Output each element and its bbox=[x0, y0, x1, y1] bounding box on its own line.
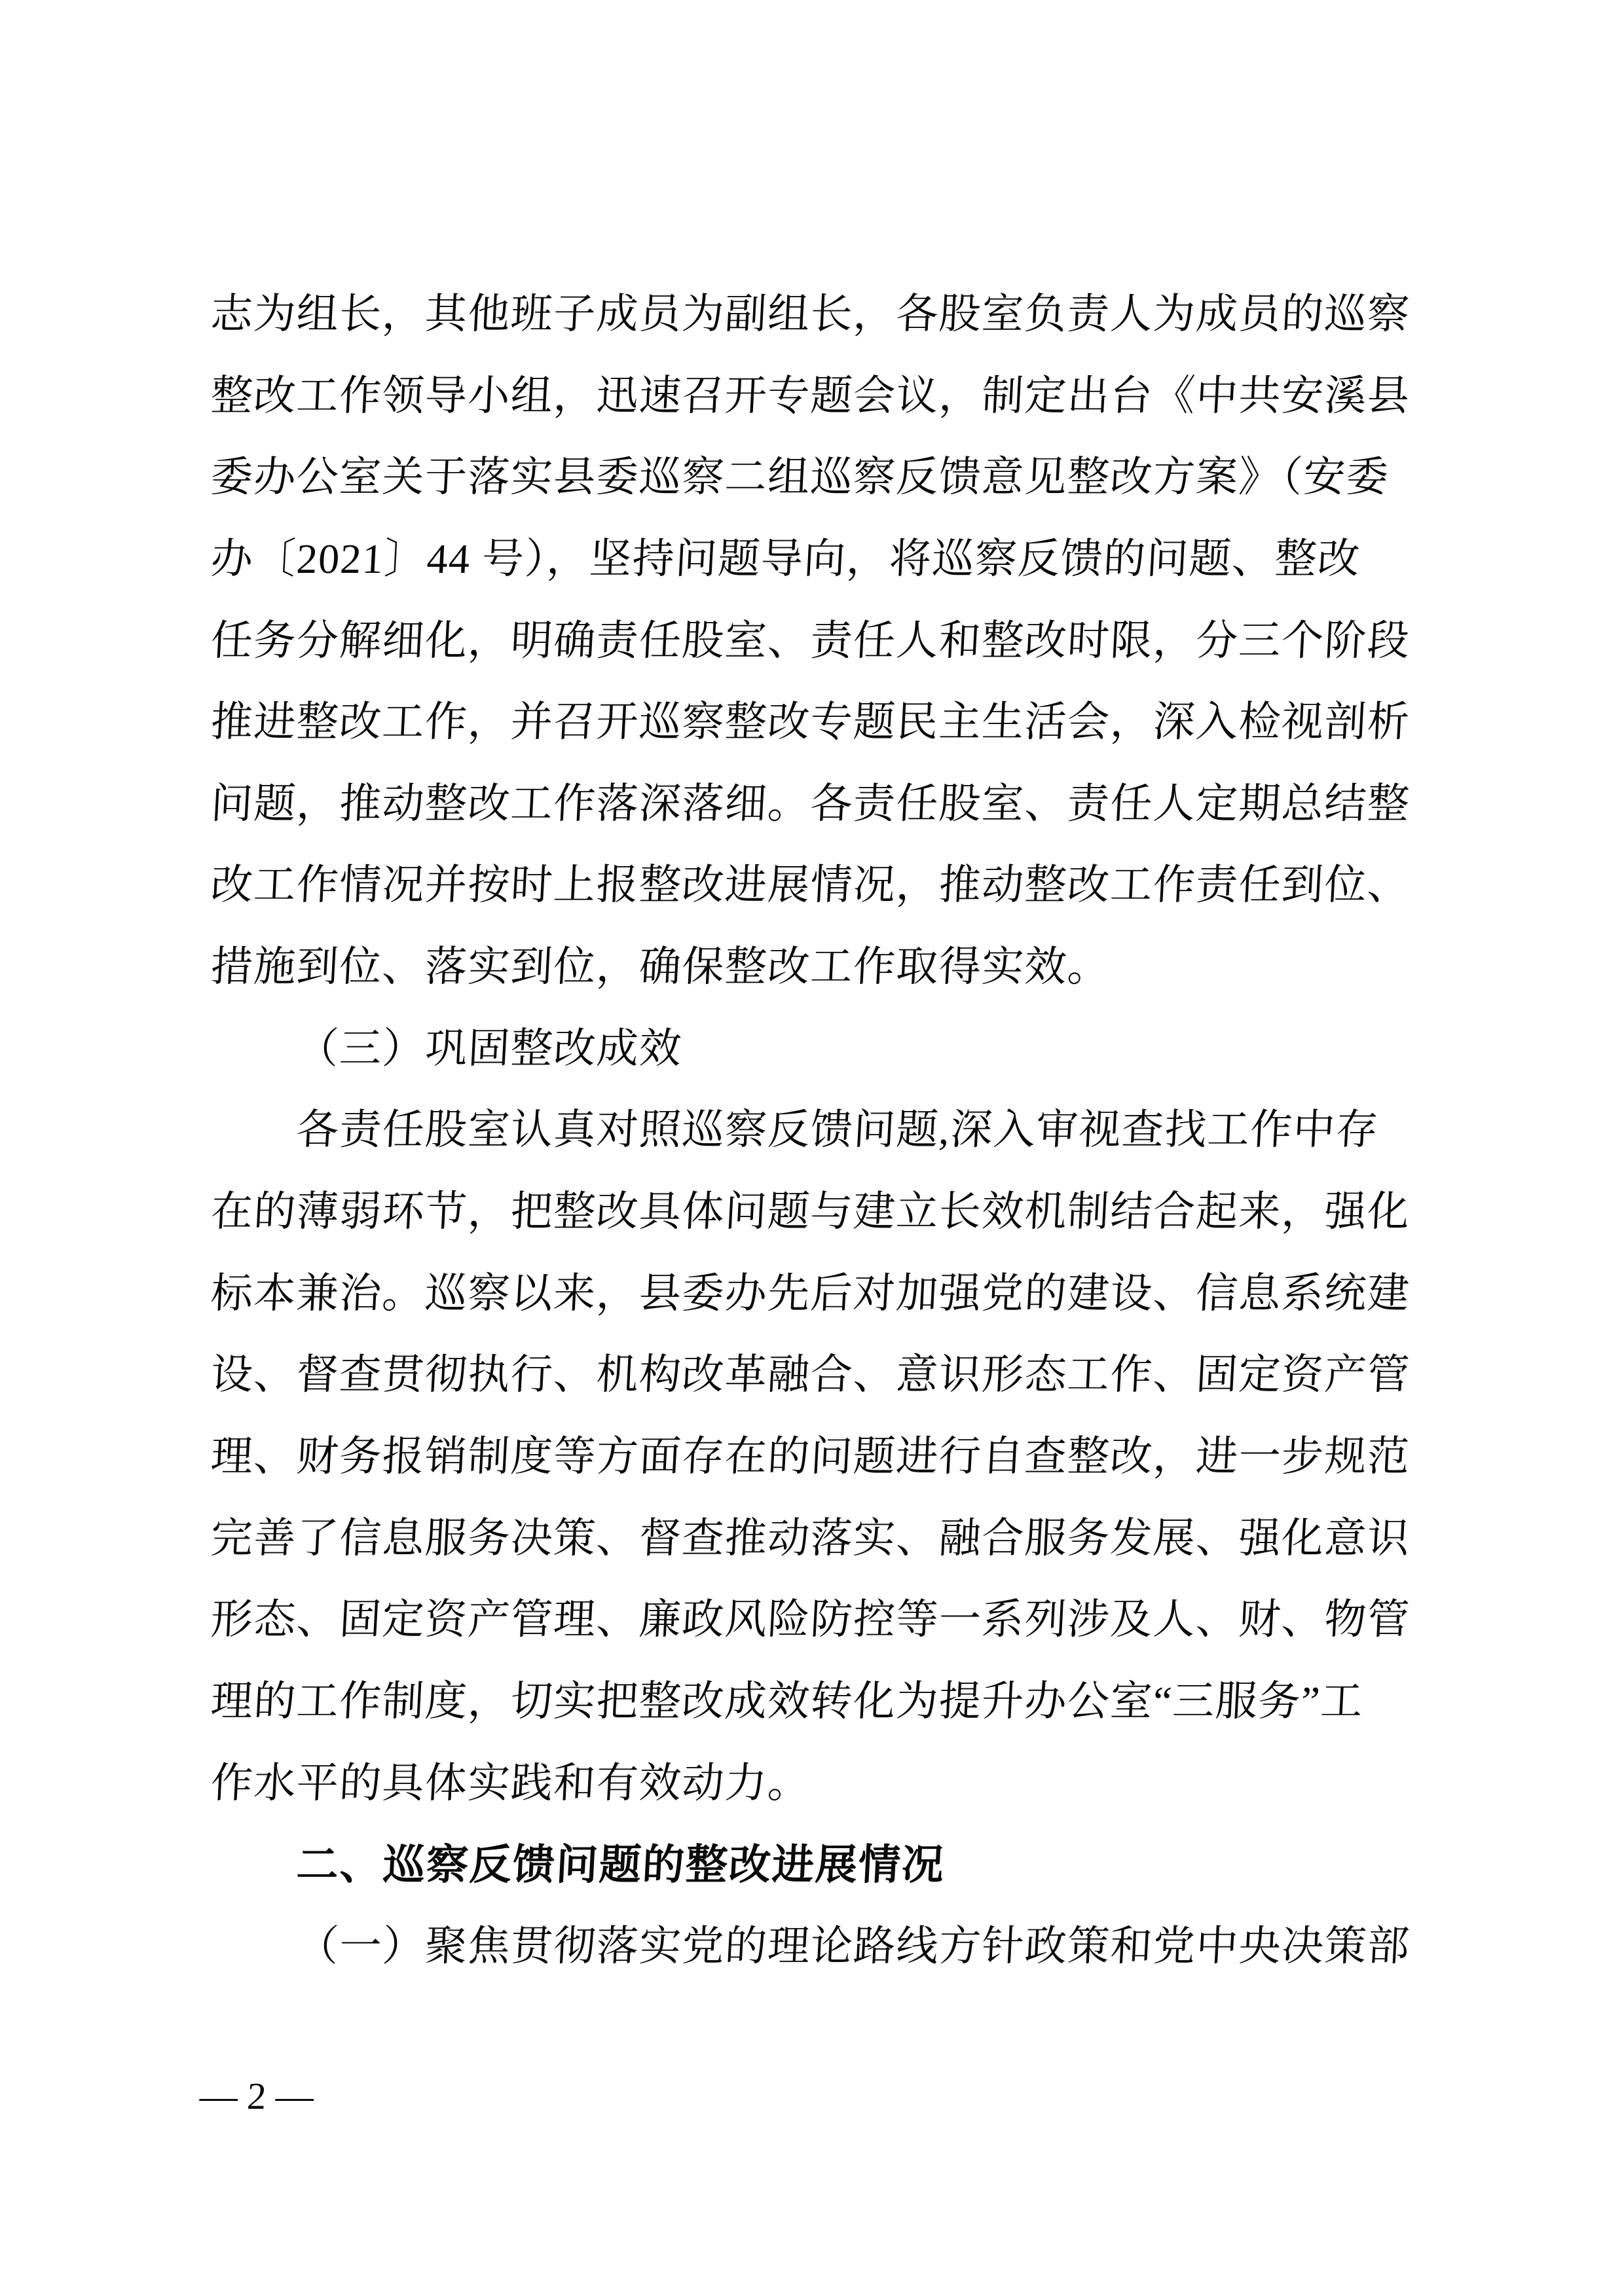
body-text-line: 标本兼治。巡察以来，县委办先后对加强党的建设、信息系统建 bbox=[209, 1253, 1412, 1335]
body-text-line: 措施到位、落实到位，确保整改工作取得实效。 bbox=[209, 926, 1412, 1008]
body-text-line: 改工作情况并按时上报整改进展情况，推动整改工作责任到位、 bbox=[209, 845, 1412, 926]
section-heading-line: 二、巡察反馈问题的整改进展情况 bbox=[209, 1824, 1412, 1906]
body-text-line: 各责任股室认真对照巡察反馈问题,深入审视查找工作中存 bbox=[209, 1089, 1412, 1171]
body-text-line: 完善了信息服务决策、督查推动落实、融合服务发展、强化意识 bbox=[209, 1498, 1412, 1580]
body-text-line: 理的工作制度，切实把整改成效转化为提升办公室“三服务”工 bbox=[209, 1661, 1412, 1743]
page-number: — 2 — bbox=[198, 2070, 315, 2123]
body-text-line: 志为组长，其他班子成员为副组长，各股室负责人为成员的巡察 bbox=[209, 274, 1412, 355]
body-text-line: 办〔2021〕44 号），坚持问题导向，将巡察反馈的问题、整改 bbox=[209, 519, 1412, 600]
body-text-line: 问题，推动整改工作落深落细。各责任股室、责任人定期总结整 bbox=[209, 763, 1412, 845]
body-text-line: 形态、固定资产管理、廉政风险防控等一系列涉及人、财、物管 bbox=[209, 1579, 1412, 1661]
body-text-line: 任务分解细化，明确责任股室、责任人和整改时限，分三个阶段 bbox=[209, 600, 1412, 682]
subsection-heading-line: （一）聚焦贯彻落实党的理论路线方针政策和党中央决策部 bbox=[209, 1906, 1412, 1988]
body-text-line: 作水平的具体实践和有效动力。 bbox=[209, 1743, 1412, 1825]
body-text-line: 在的薄弱环节，把整改具体问题与建立长效机制结合起来，强化 bbox=[209, 1171, 1412, 1253]
body-text-line: 整改工作领导小组，迅速召开专题会议，制定出台《中共安溪县 bbox=[209, 355, 1412, 437]
document-page: 志为组长，其他班子成员为副组长，各股室负责人为成员的巡察整改工作领导小组，迅速召… bbox=[0, 0, 1624, 2296]
body-text-line: 推进整改工作，并召开巡察整改专题民主生活会，深入检视剖析 bbox=[209, 682, 1412, 763]
document-body: 志为组长，其他班子成员为副组长，各股室负责人为成员的巡察整改工作领导小组，迅速召… bbox=[211, 274, 1409, 1987]
body-text-line: 理、财务报销制度等方面存在的问题进行自查整改，进一步规范 bbox=[209, 1416, 1412, 1498]
body-text-line: 委办公室关于落实县委巡察二组巡察反馈意见整改方案》（安委 bbox=[209, 437, 1412, 519]
body-text-line: 设、督查贯彻执行、机构改革融合、意识形态工作、固定资产管 bbox=[209, 1334, 1412, 1416]
subsection-heading-line: （三）巩固整改成效 bbox=[209, 1008, 1412, 1090]
